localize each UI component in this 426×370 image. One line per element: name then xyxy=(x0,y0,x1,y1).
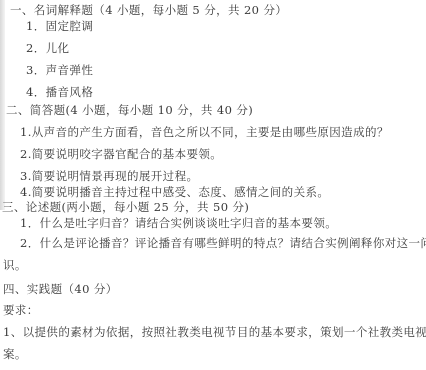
section-heading-2: 二、简答题(4 小题，每小题 10 分，共 40 分) xyxy=(6,103,253,117)
question-1-2: 2．儿化 xyxy=(26,41,69,55)
scan-edge-shadow xyxy=(0,0,5,210)
question-3-2-cont: 识。 xyxy=(3,258,27,272)
question-1-3: 3．声音弹性 xyxy=(26,63,93,77)
question-2-4: 4.简要说明播音主持过程中感受、态度、感情之间的关系。 xyxy=(20,185,329,199)
question-3-2: 2．什么是评论播音？评论播音有哪些鲜明的特点？请结合实例阐释你对这一问题的认 xyxy=(20,236,426,250)
section-heading-4: 四、实践题（40 分） xyxy=(3,282,118,296)
question-2-1: 1.从声音的产生方面看，音色之所以不同，主要是由哪些原因造成的？ xyxy=(20,125,389,139)
question-2-2: 2.简要说明咬字器官配合的基本要领。 xyxy=(20,147,222,161)
question-2-3: 3.简要说明情景再现的展开过程。 xyxy=(20,169,198,183)
requirement-1: 1、以提供的素材为依据，按照社教类电视节目的基本要求，策划一个社教类电视节目文 xyxy=(3,325,426,339)
question-1-4: 4．播音风格 xyxy=(26,85,93,99)
requirements-label: 要求： xyxy=(3,303,39,317)
requirement-1-cont: 案。 xyxy=(3,347,27,361)
question-1-1: 1．固定腔调 xyxy=(26,19,93,33)
section-heading-3: 三、论述题(两小题，每小题 25 分，共 50 分) xyxy=(2,200,249,214)
question-3-1: 1．什么是吐字归音？请结合实例谈谈吐字归音的基本要领。 xyxy=(20,216,337,230)
section-heading-1: 一、名词解释题（4 小题，每小题 5 分，共 20 分） xyxy=(10,3,287,17)
